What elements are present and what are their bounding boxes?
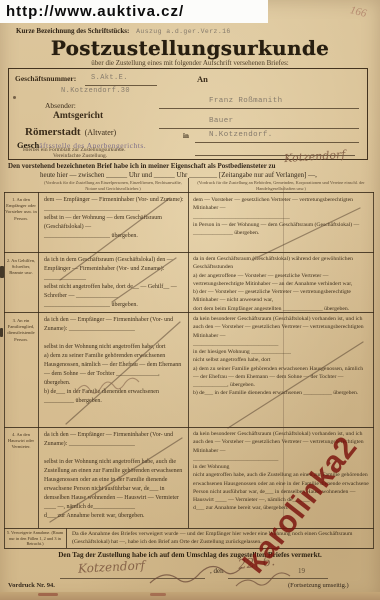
court-line1: Amtsgericht <box>53 111 103 121</box>
short-designation-line: Kurze Bezeichnung des Schriftstücks: Aus… <box>16 27 231 35</box>
scanned-document: http://www.auktiva.cz/ 166 Kurze Bezeich… <box>0 0 380 600</box>
form-number: Vordruck Nr. 94. <box>8 582 55 589</box>
row5-cell: Da die Annahme des Briefes verweigert wu… <box>72 530 370 547</box>
table-border <box>4 192 374 193</box>
handwritten-place-footer: Kotzendorf <box>78 558 146 575</box>
row3-right-cell: da kein besonderer Geschäftsraum (Geschä… <box>193 315 369 398</box>
in-label: in <box>183 132 189 140</box>
table-border <box>4 192 5 548</box>
row4-label: 4. An den Hauswirt oder Vermieter. <box>5 432 37 451</box>
page-title: Postzustellungsurkunde <box>0 36 380 60</box>
case-number-label: Geschäftsnummer: <box>15 74 76 83</box>
row3-label: 3. An ein Familienglied, dienstleistende… <box>5 318 37 343</box>
den-label: , den <box>210 567 224 575</box>
row1-left-cell: dem — Empfänger — Firmeninhaber (Vor- un… <box>44 196 184 241</box>
ruled-line <box>159 127 359 129</box>
ruled-line <box>85 84 157 86</box>
ruled-line <box>195 141 359 143</box>
addressee-label: An <box>197 74 208 84</box>
scan-edge-artifact <box>38 593 58 596</box>
scan-edge-artifact <box>150 593 166 596</box>
row1-label: 1. An den Empfänger oder Vorsteher usw. … <box>5 197 37 222</box>
table-border <box>38 192 39 528</box>
scan-edge-artifact <box>0 266 4 278</box>
case-number-value: S.Akt.E. <box>91 74 128 82</box>
declaration-line1: Den vorstehend bezeichneten Brief habe i… <box>8 162 372 170</box>
right-column-note: (Vordruck für die Zustellung an Behörden… <box>194 180 368 191</box>
page-subtitle: über die Zustellung eines mit folgender … <box>0 59 380 67</box>
ruled-line <box>60 577 205 579</box>
table-border <box>4 252 374 253</box>
address-box: Geschäftsnummer: S.Akt.E. N.Kotzendorf.3… <box>8 68 368 160</box>
table-border <box>188 178 189 528</box>
table-border <box>66 528 67 548</box>
row5-label: 5. Verweigerte Annahme. (Raum nur in den… <box>6 530 64 547</box>
table-border <box>4 528 374 529</box>
row1-right-cell: dem — Vorsteher — gesetzlichen Vertreter… <box>193 196 369 237</box>
pencil-corner-number: 166 <box>349 4 368 20</box>
signature-squiggle <box>150 566 242 583</box>
ruled-line <box>159 107 359 109</box>
row2-label: 2. An Gehilfen, Schreiber, Beamte usw. <box>5 258 37 277</box>
continuation-note: (Fortsetzung umseitig.) <box>288 582 349 589</box>
ink-stain <box>13 96 16 99</box>
recipient-name: Franz Roßmanith <box>209 97 283 105</box>
row3-left-cell: da ich den — Empfänger — Firmeninhaber (… <box>44 316 184 406</box>
declaration-line2: heute hier — zwischen ______ Uhr und ___… <box>40 171 372 179</box>
row4-left-cell: da ich den — Empfänger — Firmeninhaber (… <box>44 431 184 521</box>
short-designation-typed-value: Auszug a.d.ger.Verz.16 <box>136 28 231 35</box>
sender-label: Absender: <box>45 101 76 110</box>
table-border <box>4 548 374 549</box>
row2-right-cell: da in dem Geschäftsraum (Geschäftslokal)… <box>193 255 369 313</box>
source-url-overlay: http://www.auktiva.cz/ <box>0 0 268 23</box>
row2-left-cell: da ich in dem Geschäftsraum (Geschäftslo… <box>44 256 184 310</box>
case-number-value2: N.Kotzendorf.30 <box>61 87 130 95</box>
simplified-service-note: Vereinfachte Zustellung. <box>53 153 107 159</box>
scan-edge-artifact <box>0 328 3 337</box>
year-label: 19 <box>298 567 305 575</box>
left-column-note: (Vordruck für die Zustellung an Einzelpe… <box>42 180 184 191</box>
table-border <box>373 192 374 548</box>
table-border <box>4 427 374 428</box>
ruled-line <box>228 577 328 579</box>
short-designation-label: Kurze Bezeichnung des Schriftstücks: <box>16 27 129 35</box>
delivery-confirmation-line: Den Tag der Zustellung habe ich auf dem … <box>0 551 380 559</box>
recipient-place: N.Kotzendorf. <box>209 131 273 139</box>
recipient-occupation: Bauer <box>209 117 234 125</box>
